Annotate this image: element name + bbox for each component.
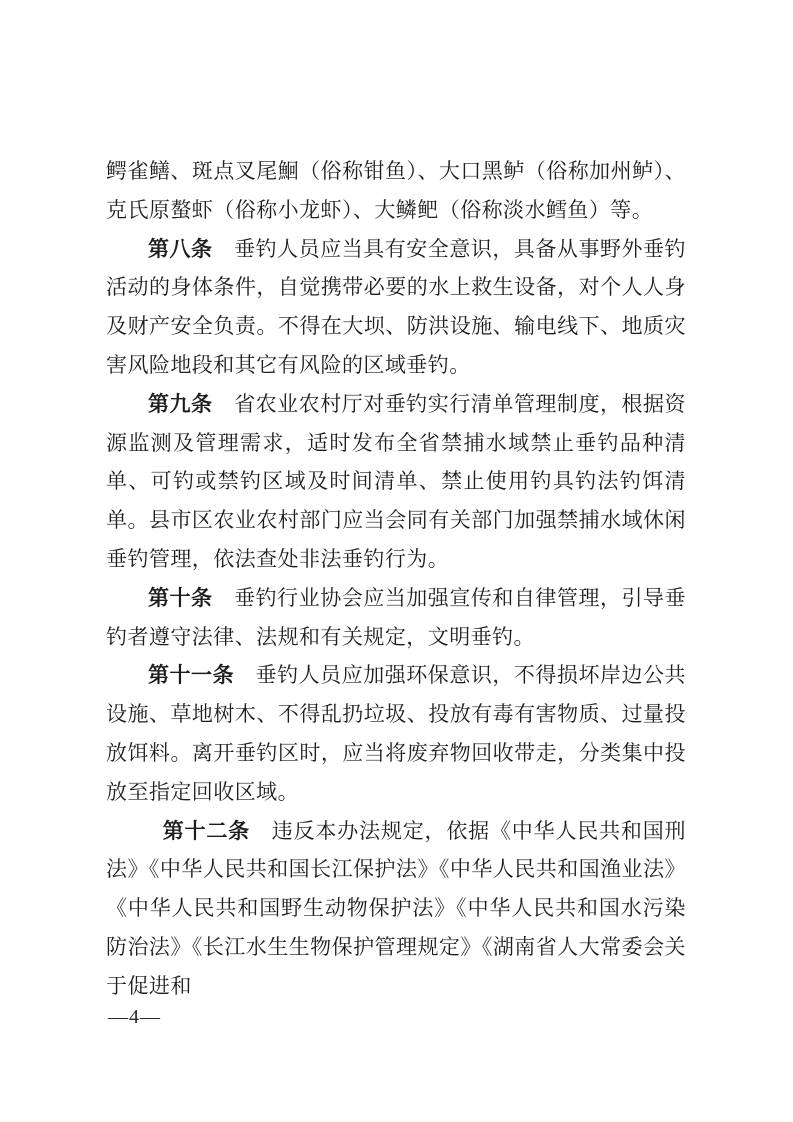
paragraph-article-8: 第八条 垂钓人员应当具有安全意识，具备从事野外垂钓活动的身体条件，自觉携带必要的… xyxy=(106,230,686,385)
article-number: 第九条 xyxy=(148,392,213,416)
paragraph-text: 违反本办法规定，依据《中华人民共和国刑法》《中华人民共和国长江保护法》《中华人民… xyxy=(106,819,686,998)
paragraph-article-9: 第九条 省农业农村厅对垂钓实行清单管理制度，根据资源监测及管理需求，适时发布全省… xyxy=(106,385,686,579)
paragraph-article-11: 第十一条 垂钓人员应加强环保意识，不得损坏岸边公共设施、草地树木、不得乱扔垃圾、… xyxy=(106,656,686,811)
paragraph-continuation: 鳄雀鳝、斑点叉尾鮰（俗称钳鱼）、大口黑鲈（俗称加州鲈）、克氏原螯虾（俗称小龙虾）… xyxy=(106,152,686,230)
article-number: 第十二条 xyxy=(163,819,250,843)
paragraph-text: 省农业农村厅对垂钓实行清单管理制度，根据资源监测及管理需求，适时发布全省禁捕水域… xyxy=(106,392,686,571)
article-number: 第八条 xyxy=(148,237,213,261)
paragraph-article-10: 第十条 垂钓行业协会应当加强宣传和自律管理，引导垂钓者遵守法律、法规和有关规定，… xyxy=(106,579,686,657)
page-number: —4— xyxy=(108,1006,161,1028)
document-body: 鳄雀鳝、斑点叉尾鮰（俗称钳鱼）、大口黑鲈（俗称加州鲈）、克氏原螯虾（俗称小龙虾）… xyxy=(106,152,686,1006)
paragraph-article-12: 第十二条 违反本办法规定，依据《中华人民共和国刑法》《中华人民共和国长江保护法》… xyxy=(106,812,686,1006)
document-page: 鳄雀鳝、斑点叉尾鮰（俗称钳鱼）、大口黑鲈（俗称加州鲈）、克氏原螯虾（俗称小龙虾）… xyxy=(0,0,793,1122)
article-number: 第十条 xyxy=(148,586,213,610)
page-footer: —4— xyxy=(108,1006,161,1029)
article-number: 第十一条 xyxy=(148,663,234,687)
paragraph-text: 鳄雀鳝、斑点叉尾鮰（俗称钳鱼）、大口黑鲈（俗称加州鲈）、克氏原螯虾（俗称小龙虾）… xyxy=(106,159,686,222)
